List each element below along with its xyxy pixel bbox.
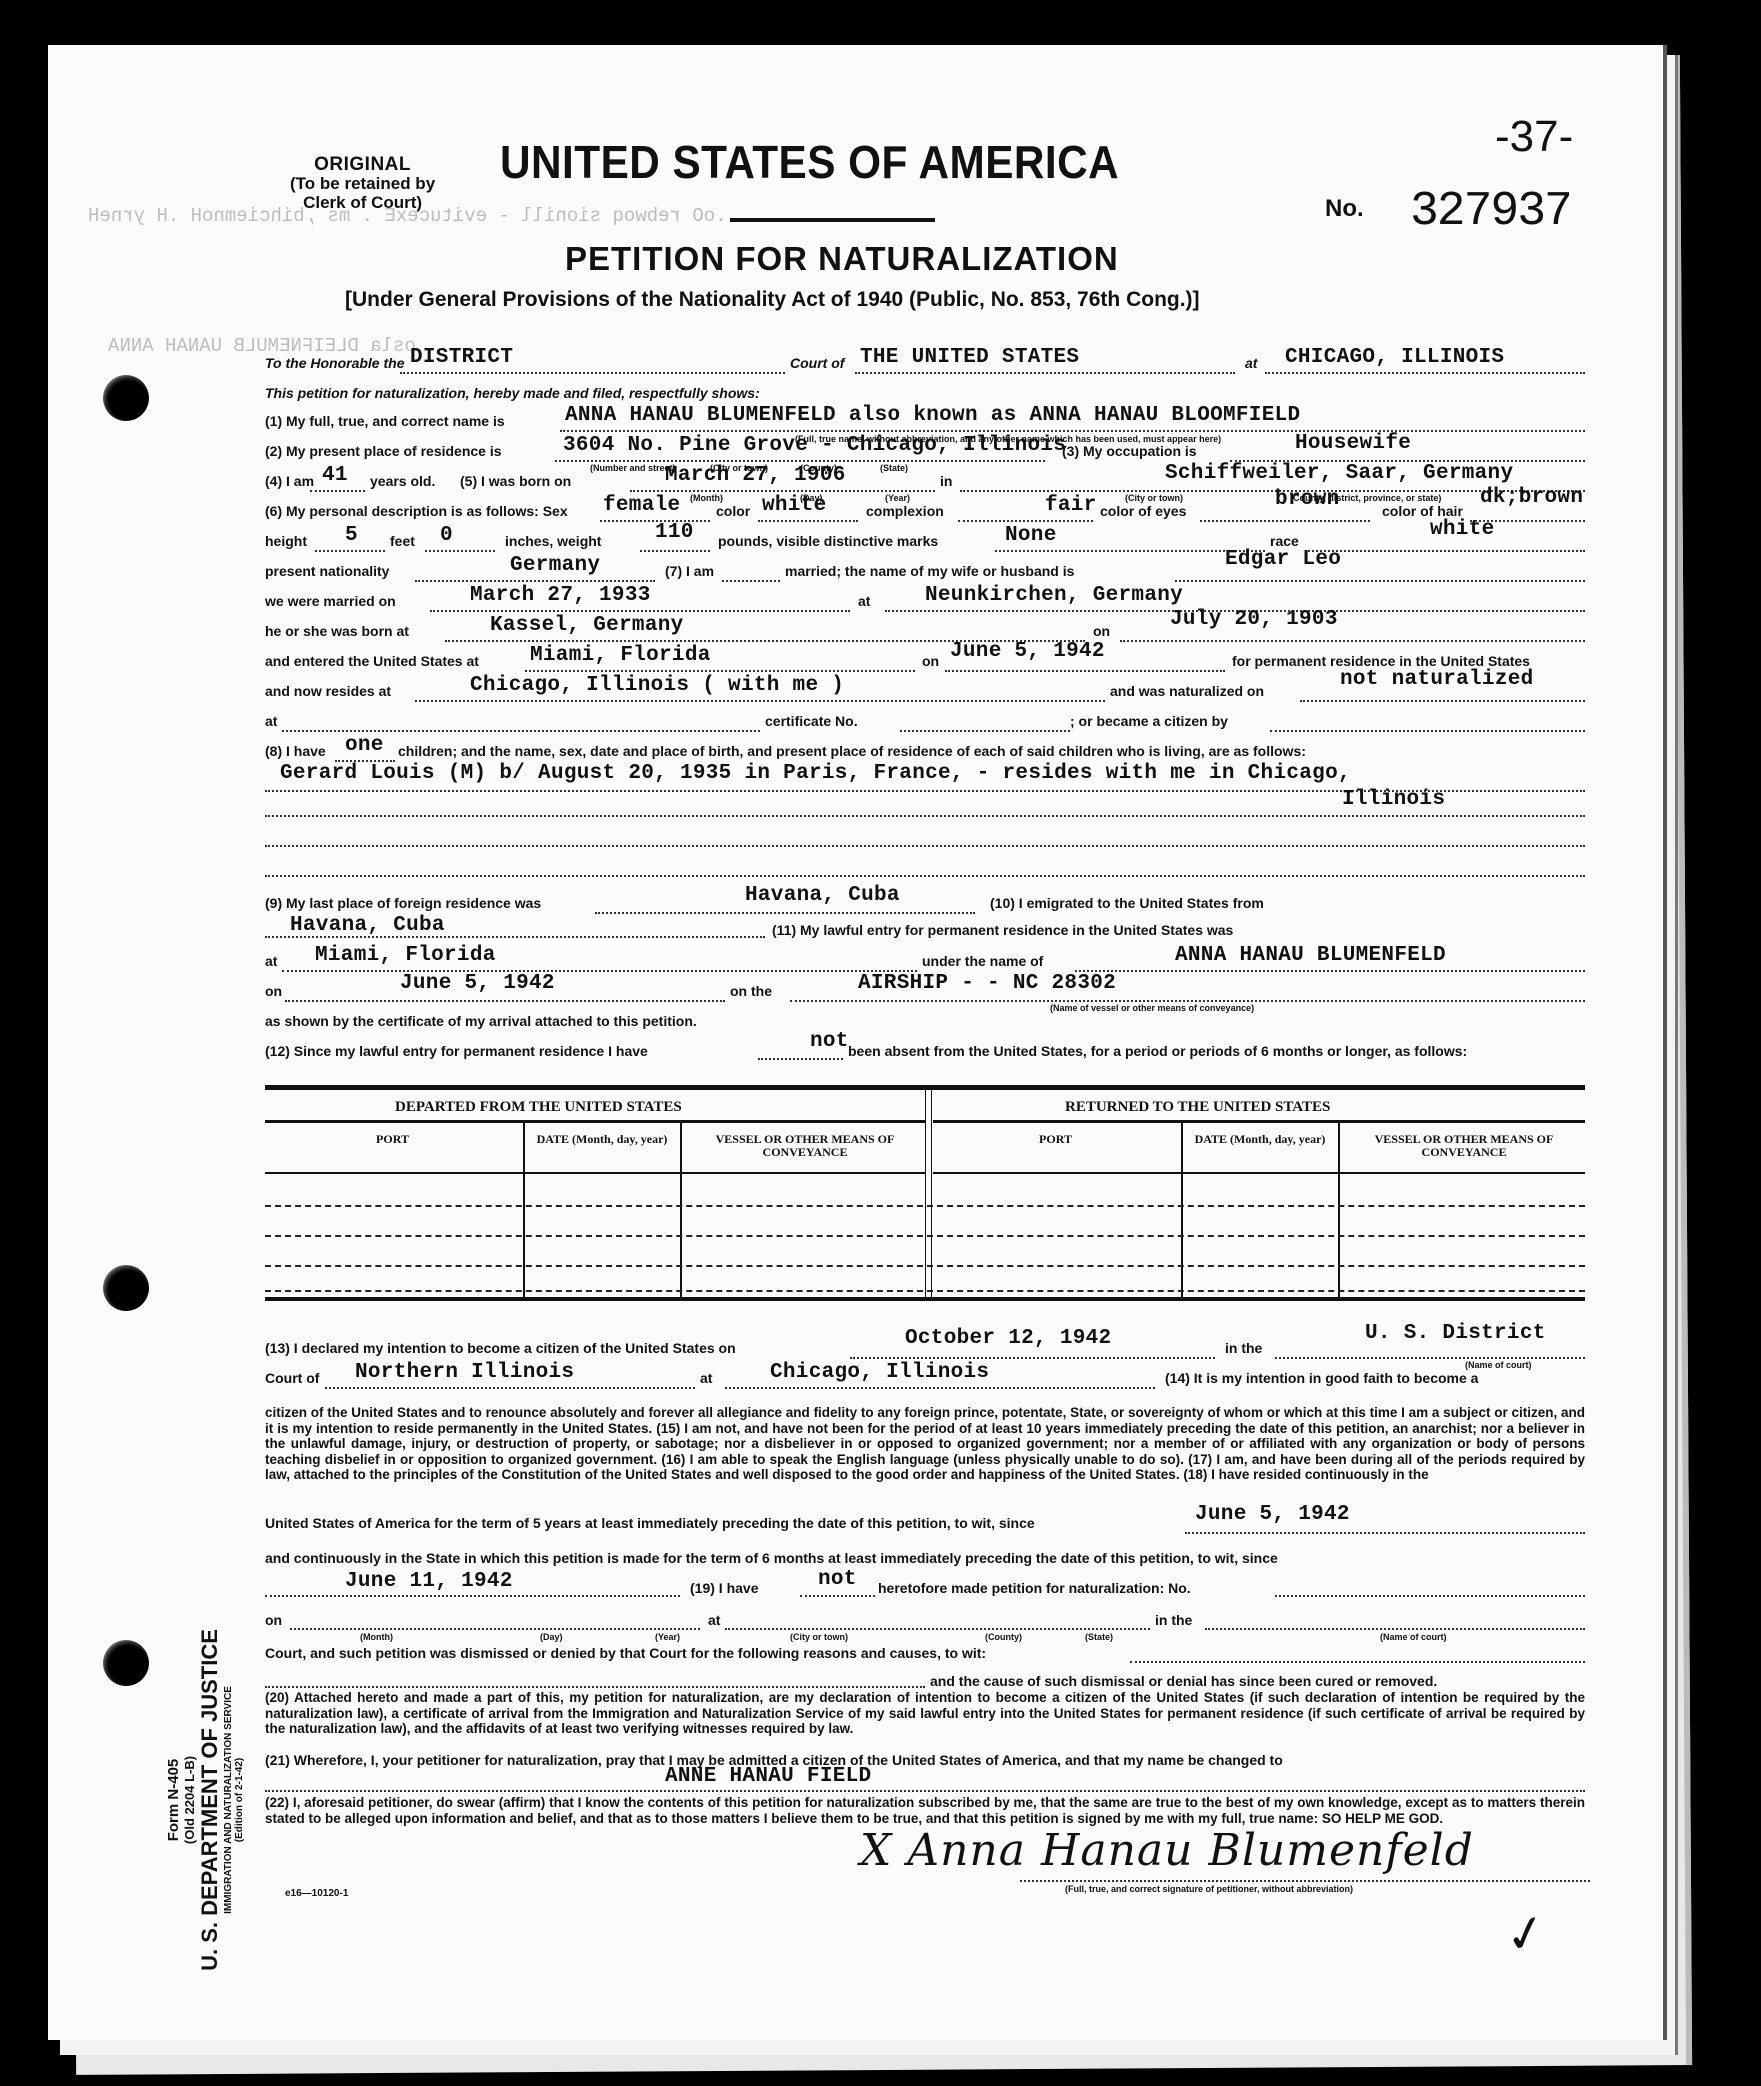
- fill-line: [315, 550, 385, 552]
- departed-date-header: DATE (Month, day, year): [527, 1133, 677, 1146]
- form-department-sidebar: Form N-405 (Old 2204 L-B) U. S. DEPARTME…: [165, 1610, 245, 1990]
- hole-punch: [103, 1265, 149, 1311]
- spouse-residence: Chicago, Illinois ( with me ): [470, 674, 844, 697]
- declared-court: U. S. District: [1365, 1322, 1546, 1345]
- fill-line: [430, 610, 850, 612]
- q19-suffix: heretofore made petition for naturalizat…: [878, 1580, 1191, 1596]
- departed-vessel-header: VESSEL OR OTHER MEANS OF CONVEYANCE: [685, 1133, 925, 1159]
- column-divider: [1181, 1123, 1183, 1297]
- q2-label: (2) My present place of residence is: [265, 443, 502, 459]
- entry-name: ANNA HANAU BLUMENFELD: [1175, 944, 1446, 967]
- declared-district: Northern Illinois: [355, 1361, 574, 1384]
- state-residence-label: and continuously in the State in which t…: [265, 1550, 1278, 1566]
- child-line-1: Gerard Louis (M) b/ August 20, 1935 in P…: [280, 762, 1351, 785]
- q4-label: (4) I am: [265, 473, 314, 489]
- retained-line-1: (To be retained by: [290, 174, 435, 193]
- arrival-cert-text: as shown by the certificate of my arriva…: [265, 1013, 697, 1029]
- fill-line: [310, 490, 365, 492]
- returned-date-header: DATE (Month, day, year): [1185, 1133, 1335, 1146]
- us-residence-label: United States of America for the term of…: [265, 1515, 1035, 1531]
- court-type: DISTRICT: [410, 346, 513, 369]
- hint-city: (City or town): [790, 1632, 848, 1642]
- child-line-2: Illinois: [1342, 788, 1445, 811]
- fill-line: [640, 550, 710, 552]
- on-label: on: [265, 1612, 282, 1628]
- header-rule: [933, 1120, 1585, 1123]
- prior-petition: not: [818, 1568, 857, 1591]
- column-divider: [1338, 1123, 1340, 1297]
- fill-line: [560, 430, 1585, 432]
- race: white: [1430, 518, 1495, 541]
- in-label: in: [940, 473, 952, 489]
- in-the2-label: in the: [1155, 1612, 1192, 1628]
- court-location: CHICAGO, ILLINOIS: [1285, 346, 1504, 369]
- returned-header: RETURNED TO THE UNITED STATES: [1065, 1099, 1330, 1116]
- in-the-label: in the: [1225, 1340, 1262, 1356]
- hint-county: (County): [985, 1632, 1022, 1642]
- declared-place: Chicago, Illinois: [770, 1361, 989, 1384]
- table-row: [265, 1235, 1585, 1237]
- court-of-label: Court of: [790, 355, 844, 371]
- hint-state: (State): [880, 463, 908, 473]
- column-header-rule: [265, 1172, 925, 1174]
- spouse-born-label: he or she was born at: [265, 623, 409, 639]
- vessel-hint: (Name of vessel or other means of convey…: [1050, 1003, 1254, 1013]
- court-prefix: To the Honorable the: [265, 355, 404, 371]
- nationality-label: present nationality: [265, 563, 389, 579]
- fill-line: [725, 1628, 1150, 1630]
- height-inches: 0: [440, 524, 453, 547]
- absence-table: DEPARTED FROM THE UNITED STATES RETURNED…: [265, 1085, 1585, 1305]
- column-divider: [680, 1123, 682, 1297]
- q13-label: (13) I declared my intention to become a…: [265, 1340, 736, 1356]
- hint-day: (Day): [540, 1632, 563, 1642]
- service-name: IMMIGRATION AND NATURALIZATION SERVICE: [223, 1610, 234, 1990]
- fill-line: [525, 670, 915, 672]
- country-title: UNITED STATES OF AMERICA: [500, 135, 1119, 189]
- q19-label: (19) I have: [690, 1580, 758, 1596]
- fill-line: [285, 1000, 725, 1002]
- q1-label: (1) My full, true, and correct name is: [265, 413, 505, 429]
- height-label: height: [265, 533, 307, 549]
- emigrated-from: Havana, Cuba: [290, 914, 445, 937]
- form-code: e16—10120-1: [285, 1888, 348, 1899]
- certificate-label: certificate No.: [765, 713, 858, 729]
- absent-value: not: [810, 1030, 849, 1053]
- sex: female: [603, 494, 680, 517]
- fill-line: [265, 875, 1585, 877]
- hair-color: dk;brown: [1480, 486, 1583, 509]
- court-of-label-2: Court of: [265, 1370, 319, 1386]
- complexion-label: complexion: [866, 503, 944, 519]
- hint-name-of-court: (Name of court): [1380, 1632, 1447, 1642]
- age: 41: [322, 464, 348, 487]
- hint-month: (Month): [690, 493, 723, 503]
- edition: (Edition of 2-1-42): [234, 1610, 245, 1990]
- fill-line: [725, 1387, 1155, 1389]
- fill-line: [290, 1628, 700, 1630]
- married-label: married; the name of my wife or husband …: [785, 563, 1074, 579]
- table-row: [265, 1265, 1585, 1267]
- fill-line: [800, 1595, 875, 1597]
- returned-port-header: PORT: [933, 1133, 1178, 1146]
- q12-label: (12) Since my lawful entry for permanent…: [265, 1043, 648, 1059]
- q11-label: (11) My lawful entry for permanent resid…: [772, 922, 1233, 938]
- naturalized-label: and was naturalized on: [1110, 683, 1264, 699]
- column-header-rule: [933, 1172, 1585, 1174]
- departed-port-header: PORT: [265, 1133, 520, 1146]
- fill-line: [1205, 1628, 1585, 1630]
- hole-punch: [103, 375, 149, 421]
- fill-line: [265, 936, 765, 938]
- oath-paragraph: citizen of the United States and to reno…: [265, 1405, 1585, 1483]
- petitioner-signature: X Anna Hanau Blumenfeld: [860, 1825, 1474, 1876]
- eye-color: brown: [1275, 488, 1340, 511]
- full-name: ANNA HANAU BLUMENFELD also known as ANNA…: [565, 404, 1300, 427]
- fill-line: [1120, 640, 1585, 642]
- feet-label: feet: [390, 533, 415, 549]
- marriage-date: March 27, 1933: [470, 584, 651, 607]
- department-name: U. S. DEPARTMENT OF JUSTICE: [197, 1610, 223, 1990]
- document-title: PETITION FOR NATURALIZATION: [565, 240, 1119, 278]
- spouse-birth-date: July 20, 1903: [1170, 608, 1338, 631]
- state-residence-since: June 11, 1942: [345, 1570, 513, 1593]
- fill-line: [1075, 970, 1585, 972]
- spouse-birth-place: Kassel, Germany: [490, 614, 684, 637]
- q5-label: (5) I was born on: [460, 473, 571, 489]
- q12-suffix: been absent from the United States, for …: [848, 1043, 1467, 1059]
- entered-label: and entered the United States at: [265, 653, 479, 669]
- spouse-entry-place: Miami, Florida: [530, 644, 711, 667]
- married-on-label: we were married on: [265, 593, 396, 609]
- q22-paragraph: (22) I, aforesaid petitioner, do swear (…: [265, 1795, 1585, 1826]
- q7-label: (7) I am: [665, 563, 714, 579]
- court-of-value: THE UNITED STATES: [860, 346, 1079, 369]
- fill-line: [555, 460, 1045, 462]
- q10-label: (10) I emigrated to the United States fr…: [990, 895, 1264, 911]
- vessel: AIRSHIP - - NC 28302: [858, 972, 1116, 995]
- complexion: fair: [1045, 494, 1097, 517]
- fill-line: [1305, 550, 1585, 552]
- under-name-label: under the name of: [922, 953, 1043, 969]
- spouse-entry-date: June 5, 1942: [950, 640, 1105, 663]
- entry-at-label: at: [265, 953, 277, 969]
- birth-place: Schiffweiler, Saar, Germany: [1165, 462, 1513, 485]
- hint-month: (Month): [360, 1632, 393, 1642]
- petition-number-label: No.: [1325, 195, 1364, 223]
- inches-label: inches, weight: [505, 533, 601, 549]
- nationality: Germany: [510, 554, 600, 577]
- signature-hint: (Full, true, and correct signature of pe…: [1065, 1884, 1353, 1894]
- permanent-label: for permanent residence in the United St…: [1232, 653, 1530, 669]
- on-the-label: on the: [730, 983, 772, 999]
- document-subtitle: [Under General Provisions of the Nationa…: [345, 288, 1200, 312]
- retained-line-2: Clerk of Court): [290, 193, 435, 212]
- children-count: one: [345, 734, 384, 757]
- fill-line: [425, 550, 495, 552]
- bleed-through-text: osla DLEIFNEMULB UANAH ANNA: [108, 335, 416, 357]
- birth-date: March 27, 1906: [665, 464, 846, 487]
- marriage-place: Neunkirchen, Germany: [925, 584, 1183, 607]
- column-divider: [523, 1123, 525, 1297]
- hint-city: (City or town): [1125, 493, 1183, 503]
- marks-label: pounds, visible distinctive marks: [718, 533, 938, 549]
- fill-line: [1175, 580, 1585, 582]
- entry-on-label: on: [265, 983, 282, 999]
- weight: 110: [655, 521, 694, 544]
- fill-line: [265, 845, 1585, 847]
- eyes-label: color of eyes: [1100, 503, 1186, 519]
- new-name: ANNE HANAU FIELD: [665, 1765, 871, 1788]
- returned-vessel-header: VESSEL OR OTHER MEANS OF CONVEYANCE: [1343, 1133, 1585, 1159]
- q20-paragraph: (20) Attached hereto and made a part of …: [265, 1690, 1585, 1737]
- hair-label: color of hair: [1382, 503, 1463, 519]
- q14-label: (14) It is my intention in good faith to…: [1165, 1370, 1478, 1386]
- at2-label: at: [708, 1612, 720, 1628]
- fill-line: [850, 1357, 1215, 1359]
- at-cert-label: at: [265, 713, 277, 729]
- hint-year: (Year): [885, 493, 910, 503]
- fill-line: [900, 730, 1070, 732]
- fill-line: [790, 1000, 1585, 1002]
- citizen-by-label: ; or became a citizen by: [1070, 713, 1228, 729]
- color-label: color: [716, 503, 750, 519]
- height-feet: 5: [345, 524, 358, 547]
- fill-line: [855, 372, 1235, 374]
- entry-date: June 5, 1942: [400, 972, 555, 995]
- hole-punch: [103, 1640, 149, 1686]
- fill-line: [1185, 1532, 1585, 1534]
- form-number: Form N-405: [165, 1610, 182, 1990]
- fill-line: [1275, 1595, 1585, 1597]
- at-label-2: at: [700, 1370, 712, 1386]
- entry-place: Miami, Florida: [315, 944, 496, 967]
- fill-line: [265, 1595, 680, 1597]
- married-at-label: at: [858, 593, 870, 609]
- fill-line: [1275, 1357, 1585, 1359]
- departed-header: DEPARTED FROM THE UNITED STATES: [395, 1099, 682, 1116]
- fill-line: [945, 670, 1225, 672]
- foreign-residence: Havana, Cuba: [745, 884, 900, 907]
- hint-number-street: (Number and street): [590, 463, 676, 473]
- signature-line: [1020, 1880, 1590, 1882]
- fill-line: [722, 580, 780, 582]
- q9-label: (9) My last place of foreign residence w…: [265, 895, 541, 911]
- fill-line: [1270, 730, 1585, 732]
- hint-name-of-court: (Name of court): [1465, 1360, 1532, 1370]
- hint-state: (State): [1085, 1632, 1113, 1642]
- occupation: Housewife: [1295, 432, 1411, 455]
- spouse-born-on-label: on: [1093, 623, 1110, 639]
- petition-intro: This petition for naturalization, hereby…: [265, 385, 760, 401]
- page-mark: -37-: [1495, 112, 1573, 162]
- fill-line: [265, 1790, 1585, 1792]
- resides-label: and now resides at: [265, 683, 391, 699]
- race-label: race: [1270, 533, 1299, 549]
- fill-line: [282, 970, 917, 972]
- spouse-name: Edgar Leo: [1225, 548, 1341, 571]
- cured-label: and the cause of such dismissal or denia…: [930, 1673, 1437, 1689]
- fill-line: [1200, 520, 1370, 522]
- dismissed-label: Court, and such petition was dismissed o…: [265, 1645, 986, 1661]
- us-residence-since: June 5, 1942: [1195, 1503, 1350, 1526]
- declared-date: October 12, 1942: [905, 1327, 1111, 1350]
- spouse-naturalized: not naturalized: [1340, 668, 1534, 691]
- fill-line: [1300, 700, 1585, 702]
- q3-label: (3) My occupation is: [1062, 443, 1197, 459]
- hint-year: (Year): [655, 1632, 680, 1642]
- table-row: [265, 1290, 1585, 1292]
- fill-line: [265, 815, 1585, 817]
- header-rule: [265, 1120, 925, 1123]
- table-bottom-rule: [265, 1297, 1585, 1301]
- distinctive-marks: None: [1005, 524, 1057, 547]
- fill-line: [630, 490, 935, 492]
- residence: 3604 No. Pine Grove - Chicago, Illinois: [563, 434, 1066, 457]
- fill-line: [758, 1058, 843, 1060]
- entered-on-label: on: [922, 653, 939, 669]
- petition-number: 327937: [1410, 185, 1571, 239]
- q6-label: (6) My personal description is as follow…: [265, 503, 568, 519]
- fill-line: [282, 730, 760, 732]
- fill-line: [265, 1686, 925, 1688]
- fill-line: [958, 520, 1093, 522]
- fill-line: [400, 372, 785, 374]
- color: white: [762, 494, 827, 517]
- old-form-number: (Old 2204 L-B): [182, 1610, 197, 1990]
- fill-line: [595, 912, 975, 914]
- q8-label: (8) I have: [265, 743, 326, 759]
- fill-line: [1265, 372, 1585, 374]
- fill-line: [415, 580, 655, 582]
- fill-line: [325, 1387, 695, 1389]
- court-at-label: at: [1245, 355, 1257, 371]
- q8-suffix: children; and the name, sex, date and pl…: [398, 743, 1306, 759]
- fill-line: [1130, 1661, 1585, 1663]
- table-row: [265, 1205, 1585, 1207]
- title-rule: [730, 218, 935, 222]
- fill-line: [415, 700, 1105, 702]
- fill-line: [758, 520, 858, 522]
- original-label-block: ORIGINAL (To be retained by Clerk of Cou…: [290, 155, 435, 212]
- q4-suffix: years old.: [370, 473, 435, 489]
- original-label: ORIGINAL: [290, 155, 435, 174]
